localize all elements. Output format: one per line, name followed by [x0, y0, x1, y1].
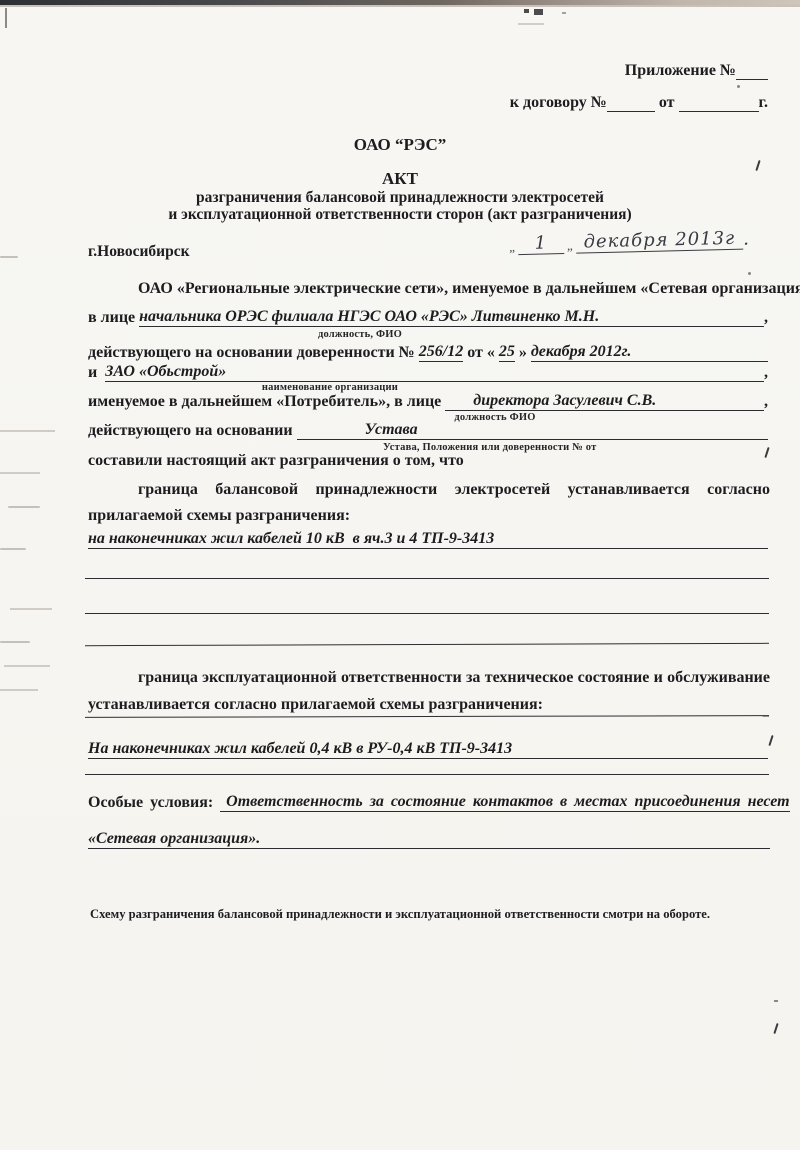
- scan-smudge: [10, 608, 52, 610]
- scan-smudge: [4, 665, 50, 667]
- vlitse-label: в лице: [88, 309, 139, 327]
- date-open-quote: „: [506, 239, 518, 255]
- scan-corner-tick: [5, 8, 7, 28]
- blank-line: [85, 643, 769, 646]
- special-conditions-line: Особые условия: Ответственность за состо…: [88, 790, 770, 812]
- exploitation-boundary-value: На наконечниках жил кабелей 0,4 кВ в РУ-…: [88, 740, 512, 757]
- contract-label: к договору №: [510, 94, 607, 112]
- appendix-blank: [736, 79, 768, 80]
- scan-mark: [768, 735, 773, 746]
- special-conditions-text2: «Сетевая организация».: [88, 830, 260, 847]
- scan-mark: [773, 1023, 778, 1034]
- reverse-side-note: Схему разграничения балансовой принадлеж…: [0, 907, 800, 922]
- appendix-number-line: Приложение №: [0, 58, 768, 80]
- handwritten-date: „ 1 „ декабря 2013г .: [506, 227, 784, 256]
- act-subtitle-line1: разграничения балансовой принадлежности …: [0, 189, 800, 207]
- scanned-document-page: Приложение № к договору № от г. ОАО “РЭС…: [0, 0, 800, 1150]
- scan-smudge: [0, 548, 26, 550]
- vlitse-comma: ,: [764, 309, 768, 327]
- scan-smudge: [0, 689, 38, 691]
- company-name: ОАО “РЭС”: [0, 135, 800, 155]
- scan-smudge: [8, 506, 40, 508]
- blank-line: [85, 578, 769, 579]
- contract-number-blank: [607, 111, 655, 112]
- blank-line: [85, 774, 769, 775]
- special-conditions-label: Особые условия:: [88, 794, 220, 812]
- scan-mark: [774, 1000, 778, 1002]
- scan-speck: [518, 23, 544, 25]
- scan-mark: [748, 272, 751, 275]
- contract-ot: от: [655, 94, 679, 112]
- and-label: и: [88, 364, 105, 382]
- scan-mark: [737, 85, 740, 88]
- scan-smudge: [0, 256, 18, 258]
- scan-smudge: [0, 430, 55, 432]
- date-close-quote: „: [564, 238, 576, 254]
- special-conditions-continued: «Сетевая организация».: [88, 827, 770, 849]
- act-subtitle-line2: и эксплуатационной ответственности сторо…: [0, 206, 800, 224]
- exploitation-paragraph: граница эксплуатационной ответственности…: [88, 664, 770, 718]
- consumer-basis-line: действующего на основании Устава: [88, 418, 768, 440]
- exploitation-boundary-value-line: На наконечниках жил кабелей 0,4 кВ в РУ-…: [88, 737, 768, 759]
- basis2-value: Устава: [365, 421, 418, 438]
- act-title: АКТ: [0, 169, 800, 189]
- scan-speck: [524, 9, 529, 13]
- appendix-label: Приложение №: [625, 62, 736, 80]
- blank-line: [85, 613, 769, 614]
- representative-line: в лице начальника ОРЭС филиала НГЭС ОАО …: [88, 305, 768, 327]
- composed-line: составили настоящий акт разграничения о …: [88, 452, 464, 470]
- city: г.Новосибирск: [88, 243, 190, 261]
- balance-paragraph: граница балансовой принадлежности электр…: [88, 477, 770, 529]
- contract-g: г.: [759, 94, 768, 112]
- consumer-representative-value: директора Засулевич С.В.: [473, 392, 656, 409]
- balance-boundary-value: на наконечниках жил кабелей 10 кВ в яч.3…: [88, 530, 494, 547]
- consumer-org-line: и ЗАО «Обьстрой» ,: [88, 360, 768, 382]
- party-intro: ОАО «Региональные электрические сети», и…: [88, 280, 778, 298]
- date-period: .: [743, 228, 749, 249]
- balance-boundary-value-line: на наконечниках жил кабелей 10 кВ в яч.3…: [88, 527, 768, 549]
- special-conditions-text: Ответственность за состояние контактов в…: [226, 793, 789, 810]
- date-month-year: декабря 2013г: [575, 228, 743, 254]
- scan-speck: [534, 9, 543, 15]
- representative-value: начальника ОРЭС филиала НГЭС ОАО «РЭС» Л…: [139, 308, 599, 325]
- contract-date-blank: [679, 111, 759, 112]
- consumer-representative-line: именуемое в дальнейшем «Потребитель», в …: [88, 389, 768, 411]
- date-day: 1: [518, 232, 565, 255]
- power-of-attorney-line: действующего на основании доверенности №…: [88, 340, 768, 362]
- org2-comma: ,: [764, 364, 768, 382]
- scan-speck: [562, 12, 566, 14]
- consumer-org-value: ЗАО «Обьстрой»: [105, 363, 226, 380]
- scan-smudge: [0, 641, 30, 643]
- scan-smudge: [0, 472, 40, 474]
- consumer-comma: ,: [764, 393, 768, 411]
- contract-reference-line: к договору № от г.: [0, 90, 768, 112]
- consumer-label: именуемое в дальнейшем «Потребитель», в …: [88, 393, 445, 411]
- basis2-label: действующего на основании: [88, 422, 297, 440]
- scan-edge-line: [0, 5, 800, 7]
- caption-position-fio: должность, ФИО: [250, 329, 470, 340]
- scan-mark: [764, 447, 769, 458]
